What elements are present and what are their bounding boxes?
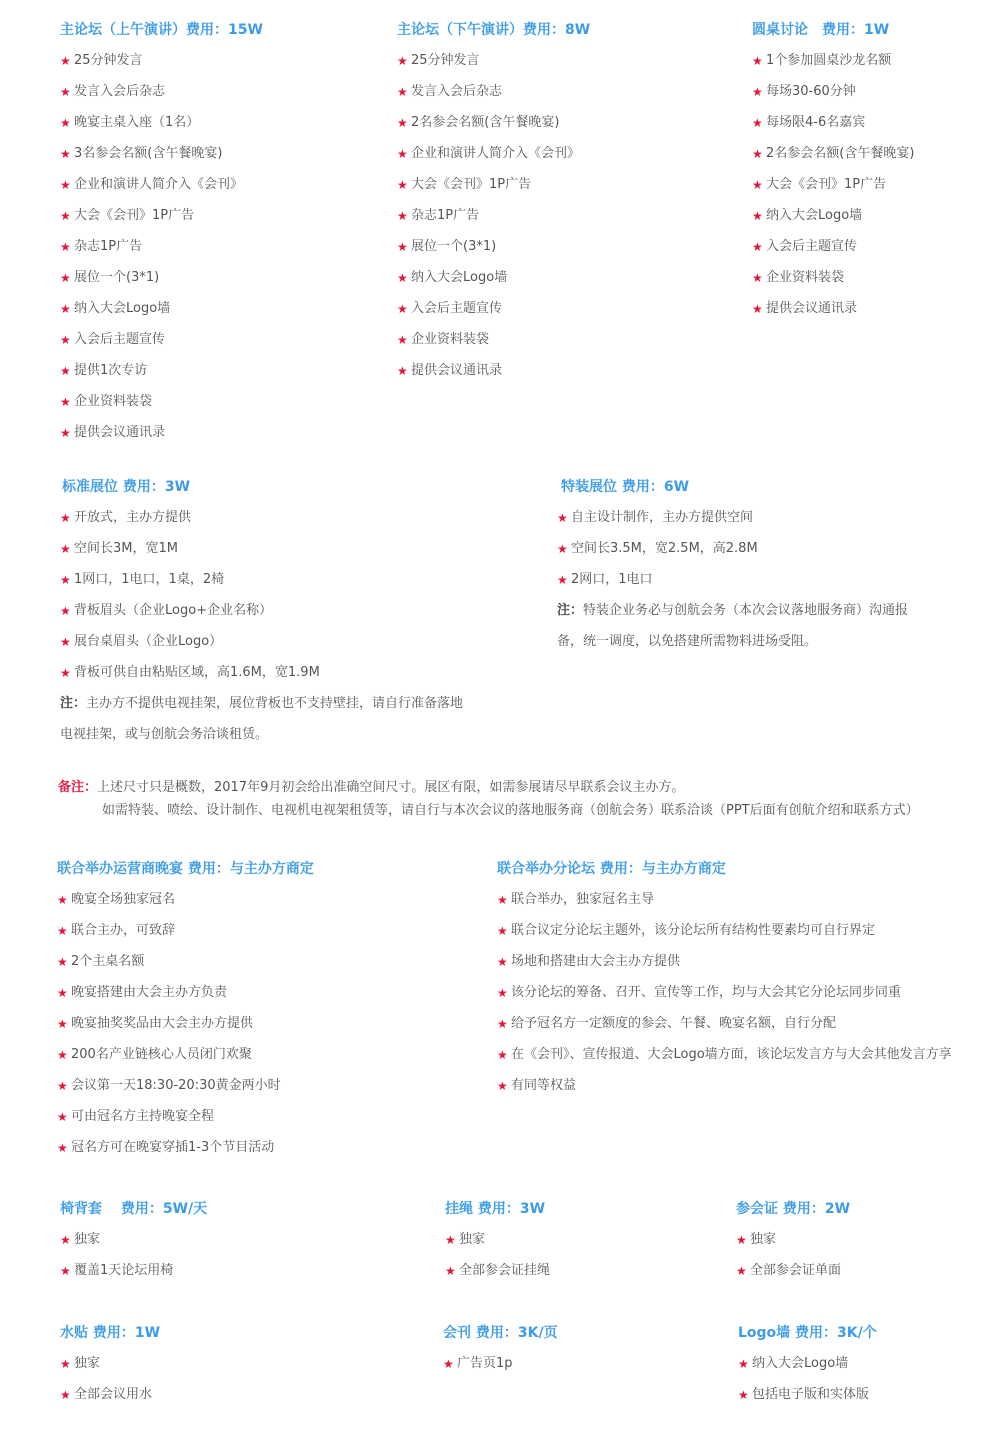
list-item: ★纳入大会Logo墙 bbox=[60, 299, 263, 330]
list-item: ★提供会议通讯录 bbox=[60, 423, 263, 454]
star-icon: ★ bbox=[60, 570, 74, 590]
list-item: ★包括电子版和实体版 bbox=[738, 1385, 877, 1416]
section-title: 水贴 费用：1W bbox=[60, 1323, 160, 1343]
benefit-list: ★纳入大会Logo墙★包括电子版和实体版 bbox=[738, 1354, 877, 1416]
list-item-text: 企业资料装袋 bbox=[766, 268, 844, 288]
list-item-text: 包括电子版和实体版 bbox=[752, 1385, 869, 1405]
list-item-text: 晚宴全场独家冠名 bbox=[71, 890, 175, 910]
list-item: ★提供会议通讯录 bbox=[397, 361, 590, 392]
list-item-text: 1个参加圆桌沙龙名额 bbox=[766, 51, 891, 71]
list-item: ★2个主桌名额 bbox=[57, 952, 314, 983]
list-item-text: 联合举办，独家冠名主导 bbox=[511, 890, 654, 910]
benefit-list: ★独家★全部参会证挂绳 bbox=[445, 1230, 550, 1292]
list-item-text: 展位一个(3*1) bbox=[411, 237, 496, 257]
star-icon: ★ bbox=[60, 1385, 74, 1405]
section-title: 挂绳 费用：3W bbox=[445, 1199, 550, 1219]
list-item-text: 企业资料装袋 bbox=[411, 330, 489, 350]
list-item: ★背板眉头（企业Logo+企业名称） bbox=[60, 601, 463, 632]
list-item-text: 入会后主题宣传 bbox=[766, 237, 857, 257]
section-water-sticker: 水贴 费用：1W ★独家★全部会议用水 bbox=[60, 1323, 160, 1416]
list-item: ★联合议定分论坛主题外，该分论坛所有结构性要素均可自行界定 bbox=[497, 921, 952, 952]
star-icon: ★ bbox=[497, 921, 511, 941]
section-title: 圆桌讨论 费用：1W bbox=[752, 20, 914, 40]
list-item: ★企业资料装袋 bbox=[397, 330, 590, 361]
star-icon: ★ bbox=[60, 539, 74, 559]
list-item-text: 提供1次专访 bbox=[74, 361, 147, 381]
note-text: 特装企业务必与创航会务（本次会议落地服务商）沟通报 bbox=[583, 603, 908, 618]
list-item: ★入会后主题宣传 bbox=[60, 330, 263, 361]
star-icon: ★ bbox=[752, 82, 766, 102]
remark-text-second: 如需特装、喷绘、设计制作、电视机电视架租赁等，请自行与本次会议的落地服务商（创航… bbox=[58, 799, 919, 822]
star-icon: ★ bbox=[57, 1138, 71, 1158]
section-logo-wall: Logo墙 费用：3K/个 ★纳入大会Logo墙★包括电子版和实体版 bbox=[738, 1323, 877, 1416]
benefit-list: ★联合举办，独家冠名主导★联合议定分论坛主题外，该分论坛所有结构性要素均可自行界… bbox=[497, 890, 952, 1107]
section-roundtable: 圆桌讨论 费用：1W ★1个参加圆桌沙龙名额★每场30-60分钟★每场限4-6名… bbox=[752, 20, 914, 330]
list-item-text: 晚宴抽奖奖品由大会主办方提供 bbox=[71, 1014, 253, 1034]
star-icon: ★ bbox=[397, 206, 411, 226]
list-item-text: 广告页1p bbox=[457, 1354, 513, 1374]
list-item: ★大会《会刊》1P广告 bbox=[397, 175, 590, 206]
star-icon: ★ bbox=[60, 1230, 74, 1250]
list-item-text: 独家 bbox=[74, 1230, 100, 1250]
list-item-text: 开放式，主办方提供 bbox=[74, 508, 191, 528]
star-icon: ★ bbox=[557, 539, 571, 559]
section-journal: 会刊 费用：3K/页 ★广告页1p bbox=[443, 1323, 558, 1385]
star-icon: ★ bbox=[752, 51, 766, 71]
list-item-text: 大会《会刊》1P广告 bbox=[411, 175, 531, 195]
star-icon: ★ bbox=[57, 1076, 71, 1096]
list-item-text: 杂志1P广告 bbox=[74, 237, 142, 257]
star-icon: ★ bbox=[497, 983, 511, 1003]
list-item-text: 场地和搭建由大会主办方提供 bbox=[511, 952, 680, 972]
list-item: ★企业资料装袋 bbox=[60, 392, 263, 423]
list-item-text: 200名产业链核心人员闭门欢聚 bbox=[71, 1045, 252, 1065]
star-icon: ★ bbox=[738, 1354, 752, 1374]
remark-text: 上述尺寸只是概数，2017年9月初会给出准确空间尺寸。展区有限，如需参展请尽早联… bbox=[97, 780, 684, 795]
list-item: ★杂志1P广告 bbox=[397, 206, 590, 237]
list-item-text: 发言入会后杂志 bbox=[411, 82, 502, 102]
list-item: ★全部参会证挂绳 bbox=[445, 1261, 550, 1292]
benefit-list: ★独家★全部会议用水 bbox=[60, 1354, 160, 1416]
list-item-text: 企业资料装袋 bbox=[74, 392, 152, 412]
list-item: ★企业和演讲人简介入《会刊》 bbox=[60, 175, 263, 206]
list-item-text: 晚宴主桌入座（1名） bbox=[74, 113, 199, 133]
list-item: ★纳入大会Logo墙 bbox=[738, 1354, 877, 1385]
list-item-text: 入会后主题宣传 bbox=[411, 299, 502, 319]
section-title: 椅背套 费用：5W/天 bbox=[60, 1199, 207, 1219]
list-item-text: 提供会议通讯录 bbox=[766, 299, 857, 319]
list-item-text: 自主设计制作，主办方提供空间 bbox=[571, 508, 753, 528]
star-icon: ★ bbox=[738, 1385, 752, 1405]
list-item: ★大会《会刊》1P广告 bbox=[752, 175, 914, 206]
section-main-forum-am: 主论坛（上午演讲）费用：15W ★25分钟发言★发言入会后杂志★晚宴主桌入座（1… bbox=[60, 20, 263, 454]
list-item-text: 2名参会名额(含午餐晚宴) bbox=[411, 113, 559, 133]
list-item: ★空间长3M，宽1M bbox=[60, 539, 463, 570]
star-icon: ★ bbox=[60, 632, 74, 652]
section-joint-dinner: 联合举办运营商晚宴 费用：与主办方商定 ★晚宴全场独家冠名★联合主办，可致辞★2… bbox=[57, 859, 314, 1169]
benefit-list: ★晚宴全场独家冠名★联合主办，可致辞★2个主桌名额★晚宴搭建由大会主办方负责★晚… bbox=[57, 890, 314, 1169]
list-item-text: 在《会刊》、宣传报道、大会Logo墙方面，该论坛发言方与大会其他发言方享 bbox=[511, 1045, 952, 1065]
list-item: ★晚宴全场独家冠名 bbox=[57, 890, 314, 921]
list-item: ★提供会议通讯录 bbox=[752, 299, 914, 330]
benefit-list: ★独家★全部参会证单面 bbox=[736, 1230, 850, 1292]
list-item-text: 全部会议用水 bbox=[74, 1385, 152, 1405]
star-icon: ★ bbox=[60, 237, 74, 257]
list-item: ★联合主办，可致辞 bbox=[57, 921, 314, 952]
list-item: ★晚宴搭建由大会主办方负责 bbox=[57, 983, 314, 1014]
list-item: ★独家 bbox=[445, 1230, 550, 1261]
star-icon: ★ bbox=[497, 952, 511, 972]
star-icon: ★ bbox=[57, 952, 71, 972]
list-item-text: 晚宴搭建由大会主办方负责 bbox=[71, 983, 227, 1003]
star-icon: ★ bbox=[497, 890, 511, 910]
star-icon: ★ bbox=[397, 237, 411, 257]
star-icon: ★ bbox=[60, 113, 74, 133]
list-item: ★大会《会刊》1P广告 bbox=[60, 206, 263, 237]
star-icon: ★ bbox=[60, 361, 74, 381]
list-item: ★3名参会名额(含午餐晚宴) bbox=[60, 144, 263, 175]
list-item-text: 25分钟发言 bbox=[74, 51, 143, 71]
star-icon: ★ bbox=[60, 51, 74, 71]
list-item-text: 给予冠名方一定额度的参会、午餐、晚宴名额，自行分配 bbox=[511, 1014, 836, 1034]
list-item-text: 发言入会后杂志 bbox=[74, 82, 165, 102]
list-item-text: 1网口，1电口，1桌，2椅 bbox=[74, 570, 224, 590]
list-item-text: 展台桌眉头（企业Logo） bbox=[74, 632, 222, 652]
list-item-text: 企业和演讲人简介入《会刊》 bbox=[74, 175, 243, 195]
list-item-text: 2网口，1电口 bbox=[571, 570, 653, 590]
star-icon: ★ bbox=[752, 299, 766, 319]
star-icon: ★ bbox=[57, 890, 71, 910]
list-item: ★晚宴主桌入座（1名） bbox=[60, 113, 263, 144]
star-icon: ★ bbox=[57, 921, 71, 941]
star-icon: ★ bbox=[397, 361, 411, 381]
list-item: ★2名参会名额(含午餐晚宴) bbox=[397, 113, 590, 144]
list-item: ★该分论坛的筹备、召开、宣传等工作，均与大会其它分论坛同步同重 bbox=[497, 983, 952, 1014]
list-item-text: 纳入大会Logo墙 bbox=[411, 268, 507, 288]
section-special-booth: 特装展位 费用：6W ★自主设计制作，主办方提供空间★空间长3.5M，宽2.5M… bbox=[557, 477, 908, 657]
list-item: ★晚宴抽奖奖品由大会主办方提供 bbox=[57, 1014, 314, 1045]
section-title: 参会证 费用：2W bbox=[736, 1199, 850, 1219]
list-item: ★独家 bbox=[736, 1230, 850, 1261]
list-item: ★独家 bbox=[60, 1230, 207, 1261]
star-icon: ★ bbox=[60, 392, 74, 412]
benefit-list: ★自主设计制作，主办方提供空间★空间长3.5M，宽2.5M，高2.8M★2网口，… bbox=[557, 508, 908, 601]
list-item: ★每场限4-6名嘉宾 bbox=[752, 113, 914, 144]
section-badge: 参会证 费用：2W ★独家★全部参会证单面 bbox=[736, 1199, 850, 1292]
star-icon: ★ bbox=[397, 144, 411, 164]
list-item: ★在《会刊》、宣传报道、大会Logo墙方面，该论坛发言方与大会其他发言方享 bbox=[497, 1045, 952, 1076]
star-icon: ★ bbox=[60, 601, 74, 621]
list-item-text: 杂志1P广告 bbox=[411, 206, 479, 226]
section-title: Logo墙 费用：3K/个 bbox=[738, 1323, 877, 1343]
list-item: ★开放式，主办方提供 bbox=[60, 508, 463, 539]
list-item-text: 每场30-60分钟 bbox=[766, 82, 856, 102]
benefit-list: ★独家★覆盖1天论坛用椅 bbox=[60, 1230, 207, 1292]
list-item-text: 独家 bbox=[750, 1230, 776, 1250]
list-item: ★冠名方可在晚宴穿插1-3个节目活动 bbox=[57, 1138, 314, 1169]
list-item: ★全部参会证单面 bbox=[736, 1261, 850, 1292]
star-icon: ★ bbox=[397, 113, 411, 133]
section-joint-subforum: 联合举办分论坛 费用：与主办方商定 ★联合举办，独家冠名主导★联合议定分论坛主题… bbox=[497, 859, 952, 1107]
list-item: ★2名参会名额(含午餐晚宴) bbox=[752, 144, 914, 175]
list-item-text: 独家 bbox=[459, 1230, 485, 1250]
star-icon: ★ bbox=[60, 206, 74, 226]
list-item: ★展位一个(3*1) bbox=[397, 237, 590, 268]
star-icon: ★ bbox=[60, 82, 74, 102]
section-title: 联合举办运营商晚宴 费用：与主办方商定 bbox=[57, 859, 314, 879]
list-item-text: 空间长3M，宽1M bbox=[74, 539, 178, 559]
list-item: ★发言入会后杂志 bbox=[397, 82, 590, 113]
list-item-text: 背板可供自由粘贴区域，高1.6M，宽1.9M bbox=[74, 663, 320, 683]
list-item: ★入会后主题宣传 bbox=[397, 299, 590, 330]
list-item: ★联合举办，独家冠名主导 bbox=[497, 890, 952, 921]
star-icon: ★ bbox=[60, 508, 74, 528]
list-item-text: 每场限4-6名嘉宾 bbox=[766, 113, 865, 133]
list-item: ★展位一个(3*1) bbox=[60, 268, 263, 299]
list-item-text: 3名参会名额(含午餐晚宴) bbox=[74, 144, 222, 164]
section-title: 主论坛（下午演讲）费用：8W bbox=[397, 20, 590, 40]
star-icon: ★ bbox=[752, 175, 766, 195]
list-item: ★独家 bbox=[60, 1354, 160, 1385]
list-item-text: 提供会议通讯录 bbox=[74, 423, 165, 443]
remark-label: 备注： bbox=[58, 780, 97, 795]
star-icon: ★ bbox=[752, 206, 766, 226]
list-item: ★企业资料装袋 bbox=[752, 268, 914, 299]
list-item: ★场地和搭建由大会主办方提供 bbox=[497, 952, 952, 983]
list-item-text: 冠名方可在晚宴穿插1-3个节目活动 bbox=[71, 1138, 274, 1158]
list-item-text: 入会后主题宣传 bbox=[74, 330, 165, 350]
note-label: 注： bbox=[557, 603, 583, 618]
benefit-list: ★广告页1p bbox=[443, 1354, 558, 1385]
list-item-text: 背板眉头（企业Logo+企业名称） bbox=[74, 601, 272, 621]
list-item-text: 该分论坛的筹备、召开、宣传等工作，均与大会其它分论坛同步同重 bbox=[511, 983, 901, 1003]
list-item-text: 企业和演讲人简介入《会刊》 bbox=[411, 144, 580, 164]
star-icon: ★ bbox=[57, 1045, 71, 1065]
benefit-list: ★25分钟发言★发言入会后杂志★晚宴主桌入座（1名）★3名参会名额(含午餐晚宴)… bbox=[60, 51, 263, 454]
section-chair-cover: 椅背套 费用：5W/天 ★独家★覆盖1天论坛用椅 bbox=[60, 1199, 207, 1292]
list-item-text: 纳入大会Logo墙 bbox=[766, 206, 862, 226]
list-item: ★可由冠名方主持晚宴全程 bbox=[57, 1107, 314, 1138]
star-icon: ★ bbox=[57, 1014, 71, 1034]
note-text: 主办方不提供电视挂架，展位背板也不支持壁挂，请自行准备落地 bbox=[86, 696, 463, 711]
list-item-text: 全部参会证单面 bbox=[750, 1261, 841, 1281]
list-item-text: 联合主办，可致辞 bbox=[71, 921, 175, 941]
benefit-list: ★开放式，主办方提供★空间长3M，宽1M★1网口，1电口，1桌，2椅★背板眉头（… bbox=[60, 508, 463, 694]
star-icon: ★ bbox=[736, 1261, 750, 1281]
list-item-text: 全部参会证挂绳 bbox=[459, 1261, 550, 1281]
list-item: ★企业和演讲人简介入《会刊》 bbox=[397, 144, 590, 175]
list-item-text: 纳入大会Logo墙 bbox=[752, 1354, 848, 1374]
list-item-text: 联合议定分论坛主题外，该分论坛所有结构性要素均可自行界定 bbox=[511, 921, 875, 941]
benefit-list: ★25分钟发言★发言入会后杂志★2名参会名额(含午餐晚宴)★企业和演讲人简介入《… bbox=[397, 51, 590, 392]
star-icon: ★ bbox=[397, 330, 411, 350]
star-icon: ★ bbox=[60, 144, 74, 164]
star-icon: ★ bbox=[57, 983, 71, 1003]
list-item-text: 提供会议通讯录 bbox=[411, 361, 502, 381]
list-item-text: 覆盖1天论坛用椅 bbox=[74, 1261, 173, 1281]
star-icon: ★ bbox=[60, 175, 74, 195]
star-icon: ★ bbox=[752, 113, 766, 133]
section-title: 会刊 费用：3K/页 bbox=[443, 1323, 558, 1343]
star-icon: ★ bbox=[60, 423, 74, 443]
star-icon: ★ bbox=[497, 1045, 511, 1065]
star-icon: ★ bbox=[397, 51, 411, 71]
list-item: ★空间长3.5M，宽2.5M，高2.8M bbox=[557, 539, 908, 570]
star-icon: ★ bbox=[397, 299, 411, 319]
section-main-forum-pm: 主论坛（下午演讲）费用：8W ★25分钟发言★发言入会后杂志★2名参会名额(含午… bbox=[397, 20, 590, 392]
note-label: 注： bbox=[60, 696, 86, 711]
list-item-text: 会议第一天18:30-20:30黄金两小时 bbox=[71, 1076, 281, 1096]
star-icon: ★ bbox=[60, 268, 74, 288]
star-icon: ★ bbox=[57, 1107, 71, 1127]
star-icon: ★ bbox=[60, 299, 74, 319]
list-item: ★纳入大会Logo墙 bbox=[397, 268, 590, 299]
list-item-text: 大会《会刊》1P广告 bbox=[74, 206, 194, 226]
section-lanyard: 挂绳 费用：3W ★独家★全部参会证挂绳 bbox=[445, 1199, 550, 1292]
star-icon: ★ bbox=[60, 663, 74, 683]
star-icon: ★ bbox=[397, 82, 411, 102]
star-icon: ★ bbox=[752, 144, 766, 164]
list-item: ★入会后主题宣传 bbox=[752, 237, 914, 268]
list-item: ★展台桌眉头（企业Logo） bbox=[60, 632, 463, 663]
benefit-list: ★1个参加圆桌沙龙名额★每场30-60分钟★每场限4-6名嘉宾★2名参会名额(含… bbox=[752, 51, 914, 330]
section-title: 联合举办分论坛 费用：与主办方商定 bbox=[497, 859, 952, 879]
list-item-text: 2名参会名额(含午餐晚宴) bbox=[766, 144, 914, 164]
list-item-text: 2个主桌名额 bbox=[71, 952, 144, 972]
star-icon: ★ bbox=[497, 1076, 511, 1096]
note-text-continued: 电视挂架，或与创航会务洽谈租赁。 bbox=[60, 719, 463, 750]
list-item: ★每场30-60分钟 bbox=[752, 82, 914, 113]
booth-note: 注：特装企业务必与创航会务（本次会议落地服务商）沟通报 备，统一调度，以免搭建所… bbox=[557, 595, 908, 657]
list-item: ★会议第一天18:30-20:30黄金两小时 bbox=[57, 1076, 314, 1107]
star-icon: ★ bbox=[397, 175, 411, 195]
star-icon: ★ bbox=[445, 1230, 459, 1250]
list-item-text: 独家 bbox=[74, 1354, 100, 1374]
list-item-text: 空间长3.5M，宽2.5M，高2.8M bbox=[571, 539, 758, 559]
list-item-text: 大会《会刊》1P广告 bbox=[766, 175, 886, 195]
list-item-text: 展位一个(3*1) bbox=[74, 268, 159, 288]
list-item: ★提供1次专访 bbox=[60, 361, 263, 392]
section-title: 特装展位 费用：6W bbox=[557, 477, 908, 497]
star-icon: ★ bbox=[397, 268, 411, 288]
remark: 备注：上述尺寸只是概数，2017年9月初会给出准确空间尺寸。展区有限，如需参展请… bbox=[58, 776, 919, 822]
list-item-text: 可由冠名方主持晚宴全程 bbox=[71, 1107, 214, 1127]
star-icon: ★ bbox=[60, 1261, 74, 1281]
section-title: 标准展位 费用：3W bbox=[60, 477, 463, 497]
list-item: ★给予冠名方一定额度的参会、午餐、晚宴名额，自行分配 bbox=[497, 1014, 952, 1045]
list-item: ★1网口，1电口，1桌，2椅 bbox=[60, 570, 463, 601]
list-item: ★纳入大会Logo墙 bbox=[752, 206, 914, 237]
list-item: ★200名产业链核心人员闭门欢聚 bbox=[57, 1045, 314, 1076]
section-standard-booth: 标准展位 费用：3W ★开放式，主办方提供★空间长3M，宽1M★1网口，1电口，… bbox=[60, 477, 463, 750]
section-title: 主论坛（上午演讲）费用：15W bbox=[60, 20, 263, 40]
star-icon: ★ bbox=[752, 237, 766, 257]
star-icon: ★ bbox=[557, 508, 571, 528]
star-icon: ★ bbox=[443, 1354, 457, 1374]
list-item: ★自主设计制作，主办方提供空间 bbox=[557, 508, 908, 539]
list-item: ★覆盖1天论坛用椅 bbox=[60, 1261, 207, 1292]
list-item-text: 有同等权益 bbox=[511, 1076, 576, 1096]
list-item: ★广告页1p bbox=[443, 1354, 558, 1385]
list-item: ★杂志1P广告 bbox=[60, 237, 263, 268]
list-item: ★25分钟发言 bbox=[397, 51, 590, 82]
star-icon: ★ bbox=[557, 570, 571, 590]
list-item: ★25分钟发言 bbox=[60, 51, 263, 82]
list-item-text: 纳入大会Logo墙 bbox=[74, 299, 170, 319]
list-item: ★1个参加圆桌沙龙名额 bbox=[752, 51, 914, 82]
star-icon: ★ bbox=[445, 1261, 459, 1281]
booth-note: 注：主办方不提供电视挂架，展位背板也不支持壁挂，请自行准备落地 电视挂架，或与创… bbox=[60, 688, 463, 750]
list-item: ★全部会议用水 bbox=[60, 1385, 160, 1416]
note-text-continued: 备，统一调度，以免搭建所需物料进场受阻。 bbox=[557, 626, 908, 657]
star-icon: ★ bbox=[60, 1354, 74, 1374]
star-icon: ★ bbox=[736, 1230, 750, 1250]
list-item: ★有同等权益 bbox=[497, 1076, 952, 1107]
list-item: ★发言入会后杂志 bbox=[60, 82, 263, 113]
star-icon: ★ bbox=[60, 330, 74, 350]
list-item-text: 25分钟发言 bbox=[411, 51, 480, 71]
star-icon: ★ bbox=[752, 268, 766, 288]
star-icon: ★ bbox=[497, 1014, 511, 1034]
